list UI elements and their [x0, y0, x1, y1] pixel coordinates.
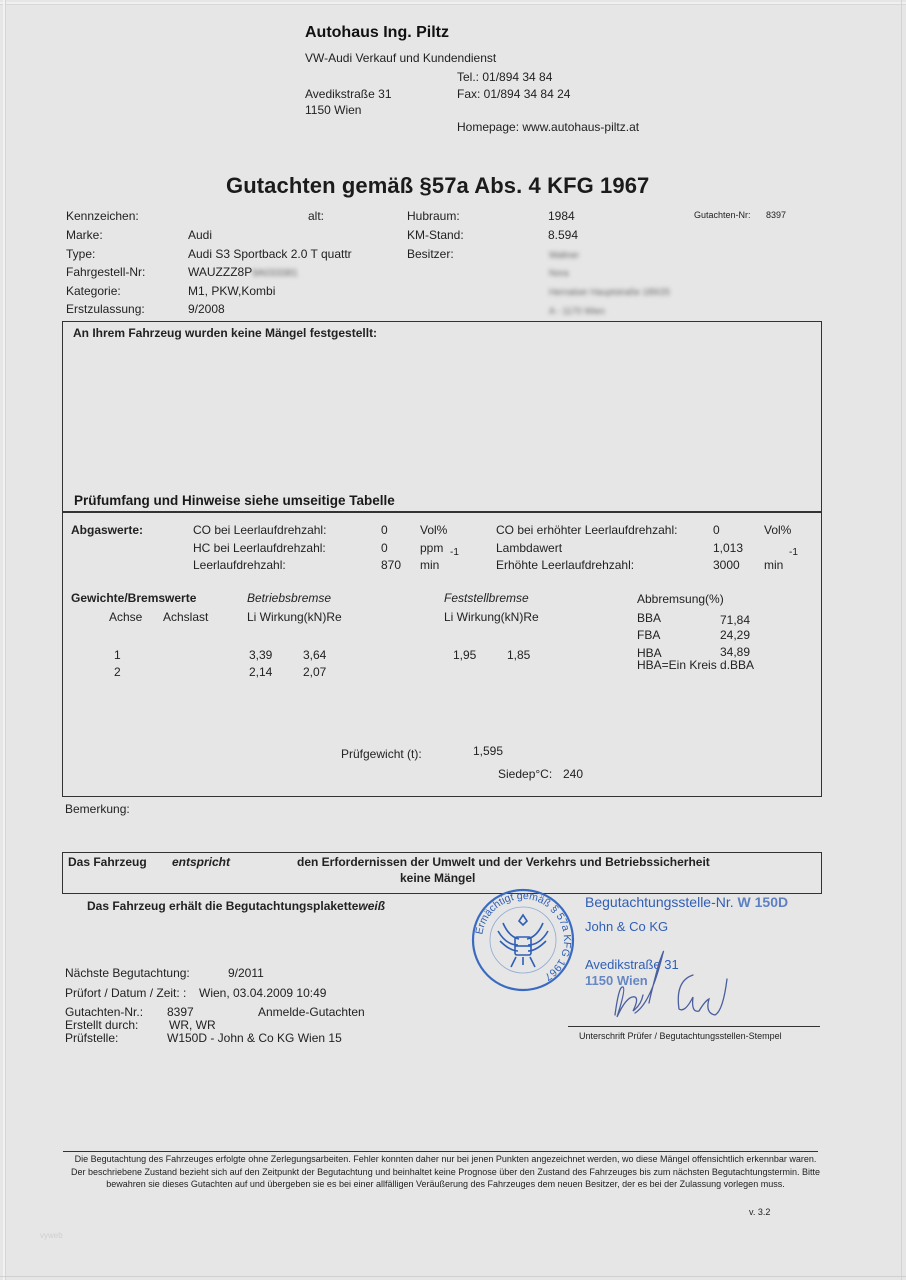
co-high-idle-value: 0	[713, 523, 720, 537]
plakette-label: Das Fahrzeug erhält die Begutachtungspla…	[87, 899, 358, 913]
fahrgestell-value: WAUZZZ8P9A033381	[188, 265, 298, 279]
erstellt-label: Erstellt durch:	[65, 1018, 138, 1032]
defects-footer: Prüfumfang und Hinweise siehe umseitige …	[74, 493, 395, 508]
plakette-text: Das Fahrzeug erhält die Begutachtungspla…	[87, 899, 385, 913]
axle-2: 2	[114, 665, 121, 679]
page-edge-right	[901, 0, 902, 1280]
brakes-heading: Gewichte/Bremswerte	[71, 591, 196, 605]
lambda-value: 1,013	[713, 541, 743, 555]
abbremsung-label: Abbremsung(%)	[637, 592, 724, 606]
company-city: 1150 Wien	[305, 103, 361, 117]
defects-heading: An Ihrem Fahrzeug wurden keine Mängel fe…	[73, 326, 377, 340]
exhaust-heading: Abgaswerte:	[71, 523, 143, 537]
pruefstelle-label: Prüfstelle:	[65, 1031, 118, 1045]
erstellt-value: WR, WR	[169, 1018, 216, 1032]
hc-idle-label: HC bei Leerlaufdrehzahl:	[193, 541, 326, 555]
hc-idle-value: 0	[381, 541, 388, 555]
verdict-prefix: Das Fahrzeug	[68, 855, 147, 869]
hba-value: 34,89	[720, 645, 750, 659]
pruefgewicht-label: Prüfgewicht (t):	[341, 747, 422, 761]
naechste-value: 9/2011	[228, 966, 264, 980]
fb-wirkung-label: Li Wirkung(kN)Re	[444, 610, 539, 624]
kmstand-label: KM-Stand:	[407, 228, 464, 242]
axle-2-bb-re: 2,07	[303, 665, 326, 679]
kmstand-value: 8.594	[548, 228, 578, 242]
defects-box	[62, 321, 822, 513]
signature-icon	[595, 945, 765, 1030]
kategorie-label: Kategorie:	[66, 284, 121, 298]
watermark: vyweb	[40, 1231, 63, 1240]
company-homepage[interactable]: Homepage: www.autohaus-piltz.at	[457, 120, 639, 134]
erstzulassung-value: 9/2008	[188, 302, 225, 316]
gutachten-value: 8397	[167, 1005, 194, 1019]
gutachten-label: Gutachten-Nr.:	[65, 1005, 143, 1019]
pruefgewicht-value: 1,595	[473, 744, 503, 758]
plakette-color: weiß	[358, 899, 385, 913]
signature-line	[568, 1026, 820, 1027]
page-edge-bottom	[0, 1276, 906, 1277]
gutachten-type: Anmelde-Gutachten	[258, 1005, 365, 1019]
vin-redacted: 9A033381	[252, 268, 298, 279]
axle-2-bb-li: 2,14	[249, 665, 272, 679]
achse-label: Achse	[109, 610, 142, 624]
idle-rpm-unit: min	[420, 558, 439, 572]
signature-label: Unterschrift Prüfer / Begutachtungsstell…	[579, 1031, 782, 1041]
hubraum-label: Hubraum:	[407, 209, 460, 223]
type-value: Audi S3 Sportback 2.0 T quattr	[188, 247, 352, 261]
siedep-label: Siedep°C:	[498, 767, 552, 781]
alt-label: alt:	[308, 209, 324, 223]
betriebsbremse-label: Betriebsbremse	[247, 591, 331, 605]
verdict-sub: keine Mängel	[400, 871, 475, 885]
erstzulassung-label: Erstzulassung:	[66, 302, 145, 316]
feststellbremse-label: Feststellbremse	[444, 591, 529, 605]
marke-value: Audi	[188, 228, 212, 242]
hubraum-value: 1984	[548, 209, 575, 223]
disclaimer: Die Begutachtung des Fahrzeuges erfolgte…	[68, 1153, 823, 1191]
besitzer-firstname-redacted: Nora	[549, 268, 569, 278]
station-label: Begutachtungsstelle-Nr. W 150D	[585, 894, 788, 910]
pruefstelle-value: W150D - John & Co KG Wien 15	[167, 1031, 342, 1045]
station-label-text: Begutachtungsstelle-Nr.	[585, 894, 734, 910]
pruefort-label: Prüfort / Datum / Zeit: :	[65, 986, 186, 1000]
fba-value: 24,29	[720, 628, 750, 642]
pruefort-value: Wien, 03.04.2009 10:49	[199, 986, 326, 1000]
company-fax: Fax: 01/894 34 84 24	[457, 87, 570, 101]
high-idle-rpm-unit: min	[764, 558, 783, 572]
siedep-value: 240	[563, 767, 583, 781]
bb-wirkung-label: Li Wirkung(kN)Re	[247, 610, 342, 624]
hba-note: HBA=Ein Kreis d.BBA	[637, 658, 754, 672]
besitzer-city-redacted: A - 1170 Wien	[549, 306, 605, 316]
co-idle-label: CO bei Leerlaufdrehzahl:	[193, 523, 326, 537]
co-high-idle-unit: Vol%	[764, 523, 791, 537]
co-high-idle-label: CO bei erhöhter Leerlaufdrehzahl:	[496, 523, 677, 537]
page-edge-left	[3, 0, 6, 1280]
axle-1-bb-li: 3,39	[249, 648, 272, 662]
marke-label: Marke:	[66, 228, 103, 242]
seal-icon: Ermächtigt gemäß § 57a KFG 1967	[468, 885, 578, 995]
besitzer-street-redacted: Hernalser Hauptstraße 189/25	[549, 287, 670, 297]
high-idle-rpm-label: Erhöhte Leerlaufdrehzahl:	[496, 558, 634, 572]
besitzer-name-redacted: Wallner	[549, 250, 579, 260]
rpm-exponent-right: -1	[789, 547, 798, 558]
footer-divider	[63, 1151, 818, 1152]
bemerkung-label: Bemerkung:	[65, 802, 130, 816]
axle-1-fb-re: 1,85	[507, 648, 530, 662]
verdict-text: den Erfordernissen der Umwelt und der Ve…	[297, 855, 710, 869]
document-title: Gutachten gemäß §57a Abs. 4 KFG 1967	[226, 173, 649, 199]
axle-1-fb-li: 1,95	[453, 648, 476, 662]
co-idle-unit: Vol%	[420, 523, 447, 537]
gutachten-nr-value: 8397	[766, 210, 786, 220]
type-label: Type:	[66, 247, 95, 261]
company-tel: Tel.: 01/894 34 84	[457, 70, 552, 84]
bba-value: 71,84	[720, 613, 750, 627]
kennzeichen-label: Kennzeichen:	[66, 209, 139, 223]
axle-1-bb-re: 3,64	[303, 648, 326, 662]
station-number: W 150D	[738, 894, 789, 910]
bba-label: BBA	[637, 611, 661, 625]
idle-rpm-label: Leerlaufdrehzahl:	[193, 558, 286, 572]
hc-idle-unit: ppm	[420, 541, 443, 555]
company-street: Avedikstraße 31	[305, 87, 392, 101]
naechste-label: Nächste Begutachtung:	[65, 966, 190, 980]
verdict-status: entspricht	[172, 855, 230, 869]
high-idle-rpm-value: 3000	[713, 558, 740, 572]
axle-1: 1	[114, 648, 121, 662]
achslast-label: Achslast	[163, 610, 208, 624]
idle-rpm-value: 870	[381, 558, 401, 572]
vin-visible: WAUZZZ8P	[188, 265, 252, 279]
stamp-company: John & Co KG	[585, 919, 668, 934]
gutachten-nr-label: Gutachten-Nr:	[694, 210, 751, 220]
co-idle-value: 0	[381, 523, 388, 537]
rpm-exponent-left: -1	[450, 547, 459, 558]
page-edge-top	[0, 2, 906, 5]
company-name: Autohaus Ing. Piltz	[305, 24, 449, 42]
fba-label: FBA	[637, 628, 660, 642]
lambda-label: Lambdawert	[496, 541, 562, 555]
fahrgestell-label: Fahrgestell-Nr:	[66, 265, 145, 279]
version-label: v. 3.2	[749, 1207, 770, 1217]
kategorie-value: M1, PKW,Kombi	[188, 284, 275, 298]
company-subtitle: VW-Audi Verkauf und Kundendienst	[305, 51, 496, 65]
besitzer-label: Besitzer:	[407, 247, 454, 261]
